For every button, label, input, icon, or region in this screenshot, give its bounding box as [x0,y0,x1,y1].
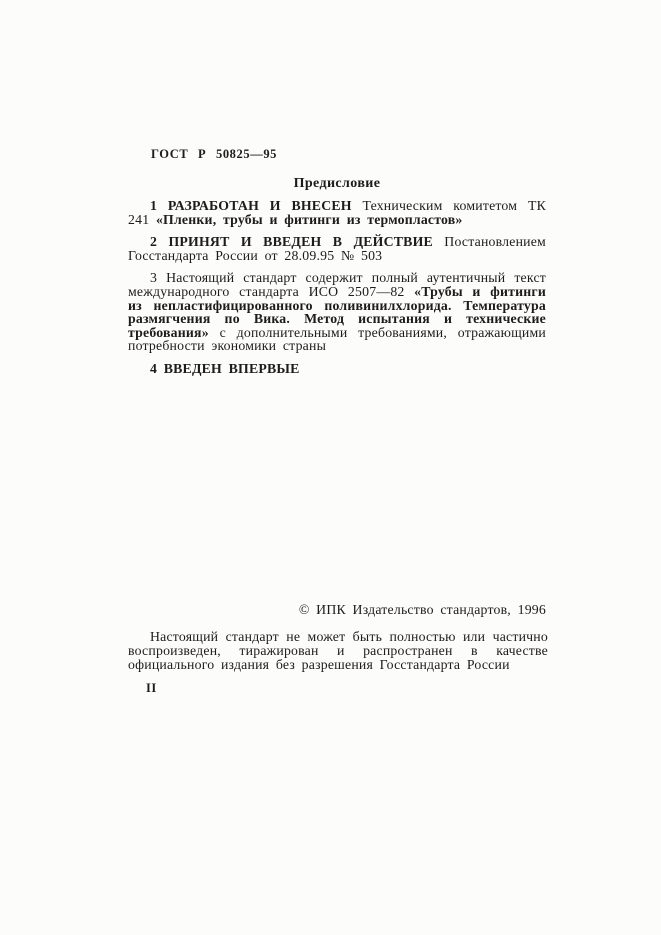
preface-title: Предисловие [128,176,546,192]
preface-item-3: 3 Настоящий стандарт содержит полный аут… [128,271,546,353]
copyright-line: © ИПК Издательство стандартов, 1996 [128,602,546,618]
preface-item-1-committee-name: «Пленки, трубы и фитинги из термопластов… [156,212,463,227]
preface-item-1: 1 РАЗРАБОТАН И ВНЕСЕН Техническим комите… [128,199,546,226]
document-page: ГОСТ Р 50825—95 Предисловие 1 РАЗРАБОТАН… [0,0,661,935]
preface-body: 1 РАЗРАБОТАН И ВНЕСЕН Техническим комите… [128,199,546,385]
preface-item-4: 4 ВВЕДЕН ВПЕРВЫЕ [128,362,546,376]
preface-item-4-clause: 4 ВВЕДЕН ВПЕРВЫЕ [150,361,300,376]
doc-code: ГОСТ Р 50825—95 [151,147,277,162]
page-number: II [146,681,157,696]
restriction-note: Настоящий стандарт не может быть полност… [128,630,548,671]
preface-item-2: 2 ПРИНЯТ И ВВЕДЕН В ДЕЙСТВИЕ Постановлен… [128,235,546,262]
